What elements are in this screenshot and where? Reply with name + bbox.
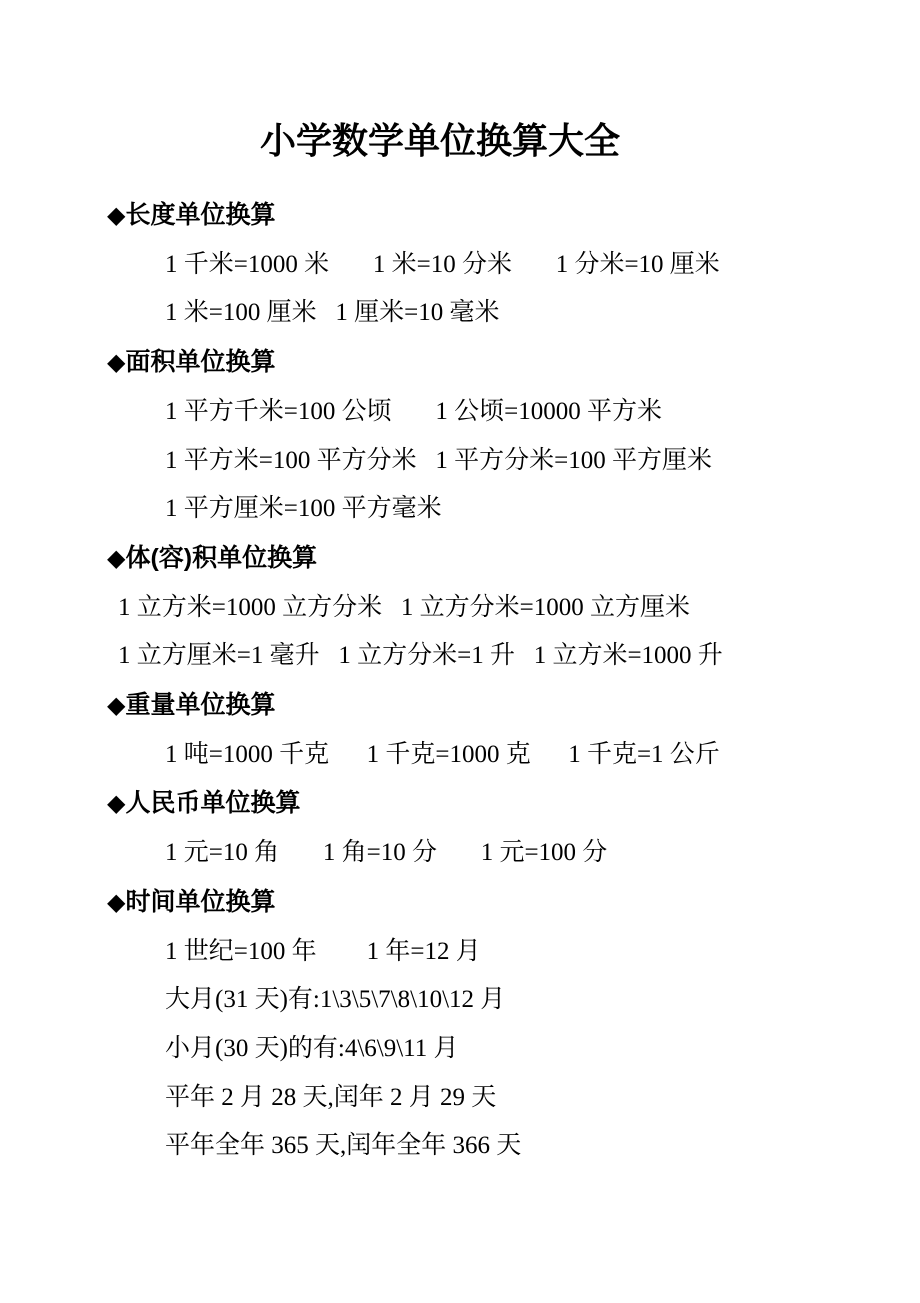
conversion-line: 平年全年 365 天,闰年全年 366 天 [165,1122,880,1171]
diamond-bullet-icon: ◆ [107,790,125,817]
conversion-line: 1 平方千米=100 公顷 1 公顷=10000 平方米 [165,388,880,437]
conversion-line: 1 吨=1000 千克 1 千克=1000 克 1 千克=1 公斤 [165,731,880,780]
diamond-bullet-icon: ◆ [107,545,125,572]
section-heading-text: 人民币单位换算 [125,789,300,817]
conversion-line: 1 平方米=100 平方分米 1 平方分米=100 平方厘米 [165,437,880,486]
conversion-line: 大月(31 天)有:1\3\5\7\8\10\12 月 [165,976,880,1025]
document-page: 小学数学单位换算大全 ◆长度单位换算 1 千米=1000 米 1 米=10 分米… [0,0,920,1303]
conversion-line: 小月(30 天)的有:4\6\9\11 月 [165,1025,880,1074]
section-volume-heading: ◆体(容)积单位换算 [107,534,880,584]
section-area: ◆面积单位换算 1 平方千米=100 公顷 1 公顷=10000 平方米 1 平… [107,338,880,534]
diamond-bullet-icon: ◆ [107,692,125,719]
diamond-bullet-icon: ◆ [107,349,125,376]
section-time: ◆时间单位换算 1 世纪=100 年 1 年=12 月 大月(31 天)有:1\… [107,878,880,1171]
section-heading-text: 长度单位换算 [125,201,275,229]
conversion-line: 1 世纪=100 年 1 年=12 月 [165,928,880,977]
conversion-line: 1 元=10 角 1 角=10 分 1 元=100 分 [165,829,880,878]
section-length-heading: ◆长度单位换算 [107,191,880,241]
section-volume: ◆体(容)积单位换算 1 立方米=1000 立方分米 1 立方分米=1000 立… [107,534,880,681]
conversion-line: 1 立方厘米=1 毫升 1 立方分米=1 升 1 立方米=1000 升 [118,632,880,681]
section-heading-text: 体(容)积单位换算 [125,544,317,572]
section-heading-text: 重量单位换算 [125,691,275,719]
section-time-heading: ◆时间单位换算 [107,878,880,928]
conversion-line: 1 米=100 厘米 1 厘米=10 毫米 [165,289,880,338]
section-weight-heading: ◆重量单位换算 [107,681,880,731]
conversion-line: 1 千米=1000 米 1 米=10 分米 1 分米=10 厘米 [165,241,880,290]
section-heading-text: 时间单位换算 [125,888,275,916]
section-heading-text: 面积单位换算 [125,348,275,376]
section-length: ◆长度单位换算 1 千米=1000 米 1 米=10 分米 1 分米=10 厘米… [107,191,880,338]
section-rmb-heading: ◆人民币单位换算 [107,779,880,829]
diamond-bullet-icon: ◆ [107,202,125,229]
section-area-heading: ◆面积单位换算 [107,338,880,388]
conversion-line: 1 平方厘米=100 平方毫米 [165,485,880,534]
section-rmb: ◆人民币单位换算 1 元=10 角 1 角=10 分 1 元=100 分 [107,779,880,877]
document-body: ◆长度单位换算 1 千米=1000 米 1 米=10 分米 1 分米=10 厘米… [107,191,880,1171]
diamond-bullet-icon: ◆ [107,889,125,916]
conversion-line: 平年 2 月 28 天,闰年 2 月 29 天 [165,1074,880,1123]
conversion-line: 1 立方米=1000 立方分米 1 立方分米=1000 立方厘米 [118,584,880,633]
document-title: 小学数学单位换算大全 [0,116,880,166]
section-weight: ◆重量单位换算 1 吨=1000 千克 1 千克=1000 克 1 千克=1 公… [107,681,880,779]
